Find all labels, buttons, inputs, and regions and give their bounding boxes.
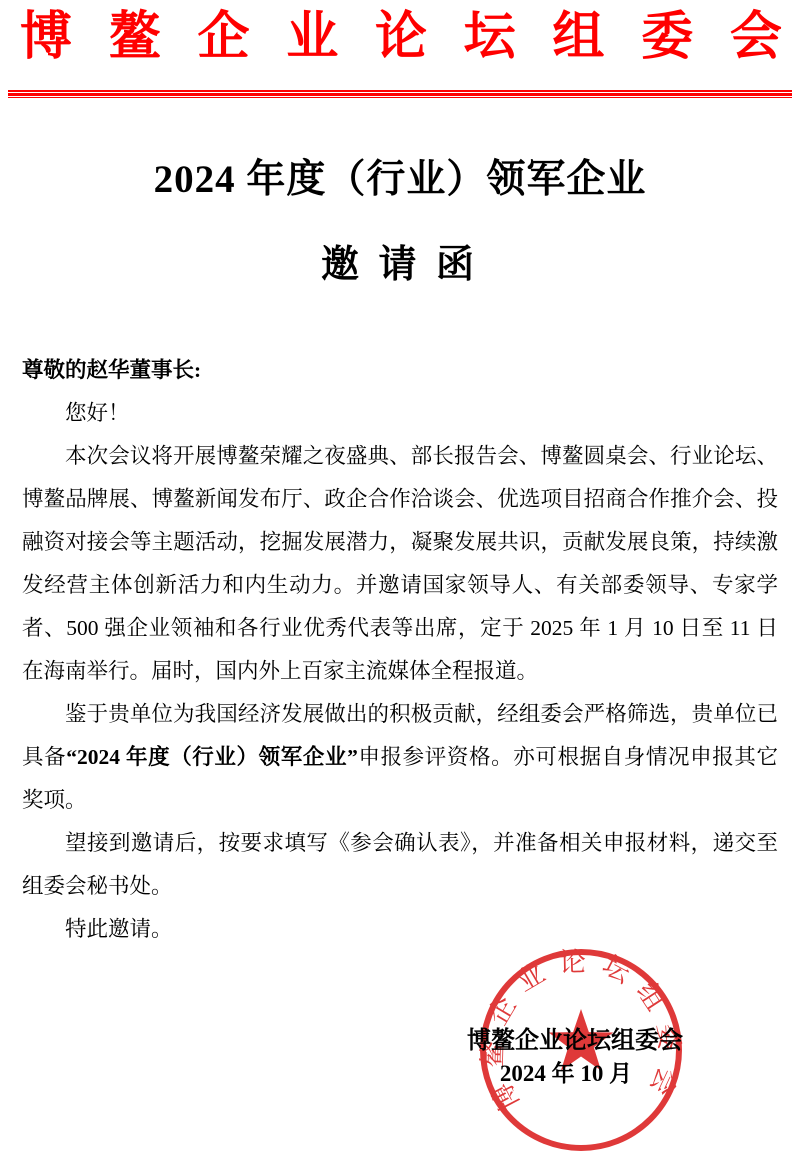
letterhead-char: 论 xyxy=(375,8,427,66)
paragraph: 您好！ xyxy=(22,392,778,435)
letterhead-char: 业 xyxy=(286,8,338,66)
salutation: 尊敬的赵华董事长: xyxy=(22,349,778,392)
letter-paragraphs: 您好！本次会议将开展博鳌荣耀之夜盛典、部长报告会、博鳌圆桌会、行业论坛、博鳌品牌… xyxy=(22,392,778,951)
invitation-letter-page: 博鳌企业论坛组委会 2024 年度（行业）领军企业 邀 请 函 尊敬的赵华董事长… xyxy=(0,0,800,1166)
letterhead-char: 企 xyxy=(197,8,249,66)
paragraph: 本次会议将开展博鳌荣耀之夜盛典、部长报告会、博鳌圆桌会、行业论坛、博鳌品牌展、博… xyxy=(22,435,778,693)
paragraph-text: 本次会议将开展博鳌荣耀之夜盛典、部长报告会、博鳌圆桌会、行业论坛、博鳌品牌展、博… xyxy=(22,444,778,683)
letterhead-divider-line xyxy=(8,90,792,98)
paragraph: 望接到邀请后，按要求填写《参会确认表》，并准备相关申报材料，递交至组委会秘书处。 xyxy=(22,822,778,908)
letter-title: 2024 年度（行业）领军企业 xyxy=(0,156,800,204)
signature-org-name: 博鳌企业论坛组委会 xyxy=(450,1026,700,1056)
letterhead-char: 组 xyxy=(552,8,604,66)
letterhead-char: 鳌 xyxy=(109,8,161,66)
letter-subtitle: 邀 请 函 xyxy=(0,241,800,289)
paragraph-text: 望接到邀请后，按要求填写《参会确认表》，并准备相关申报材料，递交至组委会秘书处。 xyxy=(22,831,778,898)
paragraph: 鉴于贵单位为我国经济发展做出的积极贡献，经组委会严格筛选，贵单位已具备“2024… xyxy=(22,693,778,822)
signature-date: 2024 年 10 月 xyxy=(441,1060,691,1088)
letter-body: 尊敬的赵华董事长: 您好！本次会议将开展博鳌荣耀之夜盛典、部长报告会、博鳌圆桌会… xyxy=(22,349,778,951)
letterhead-org-name: 博鳌企业论坛组委会 xyxy=(20,8,782,68)
letterhead-char: 博 xyxy=(20,8,72,66)
letterhead-char: 委 xyxy=(641,8,693,66)
paragraph-text: 特此邀请。 xyxy=(65,917,173,941)
letterhead-char: 会 xyxy=(730,8,782,66)
paragraph-text: 您好！ xyxy=(65,401,130,425)
emphasized-text: “2024 年度（行业）领军企业” xyxy=(66,745,358,769)
letterhead-char: 坛 xyxy=(464,8,516,66)
